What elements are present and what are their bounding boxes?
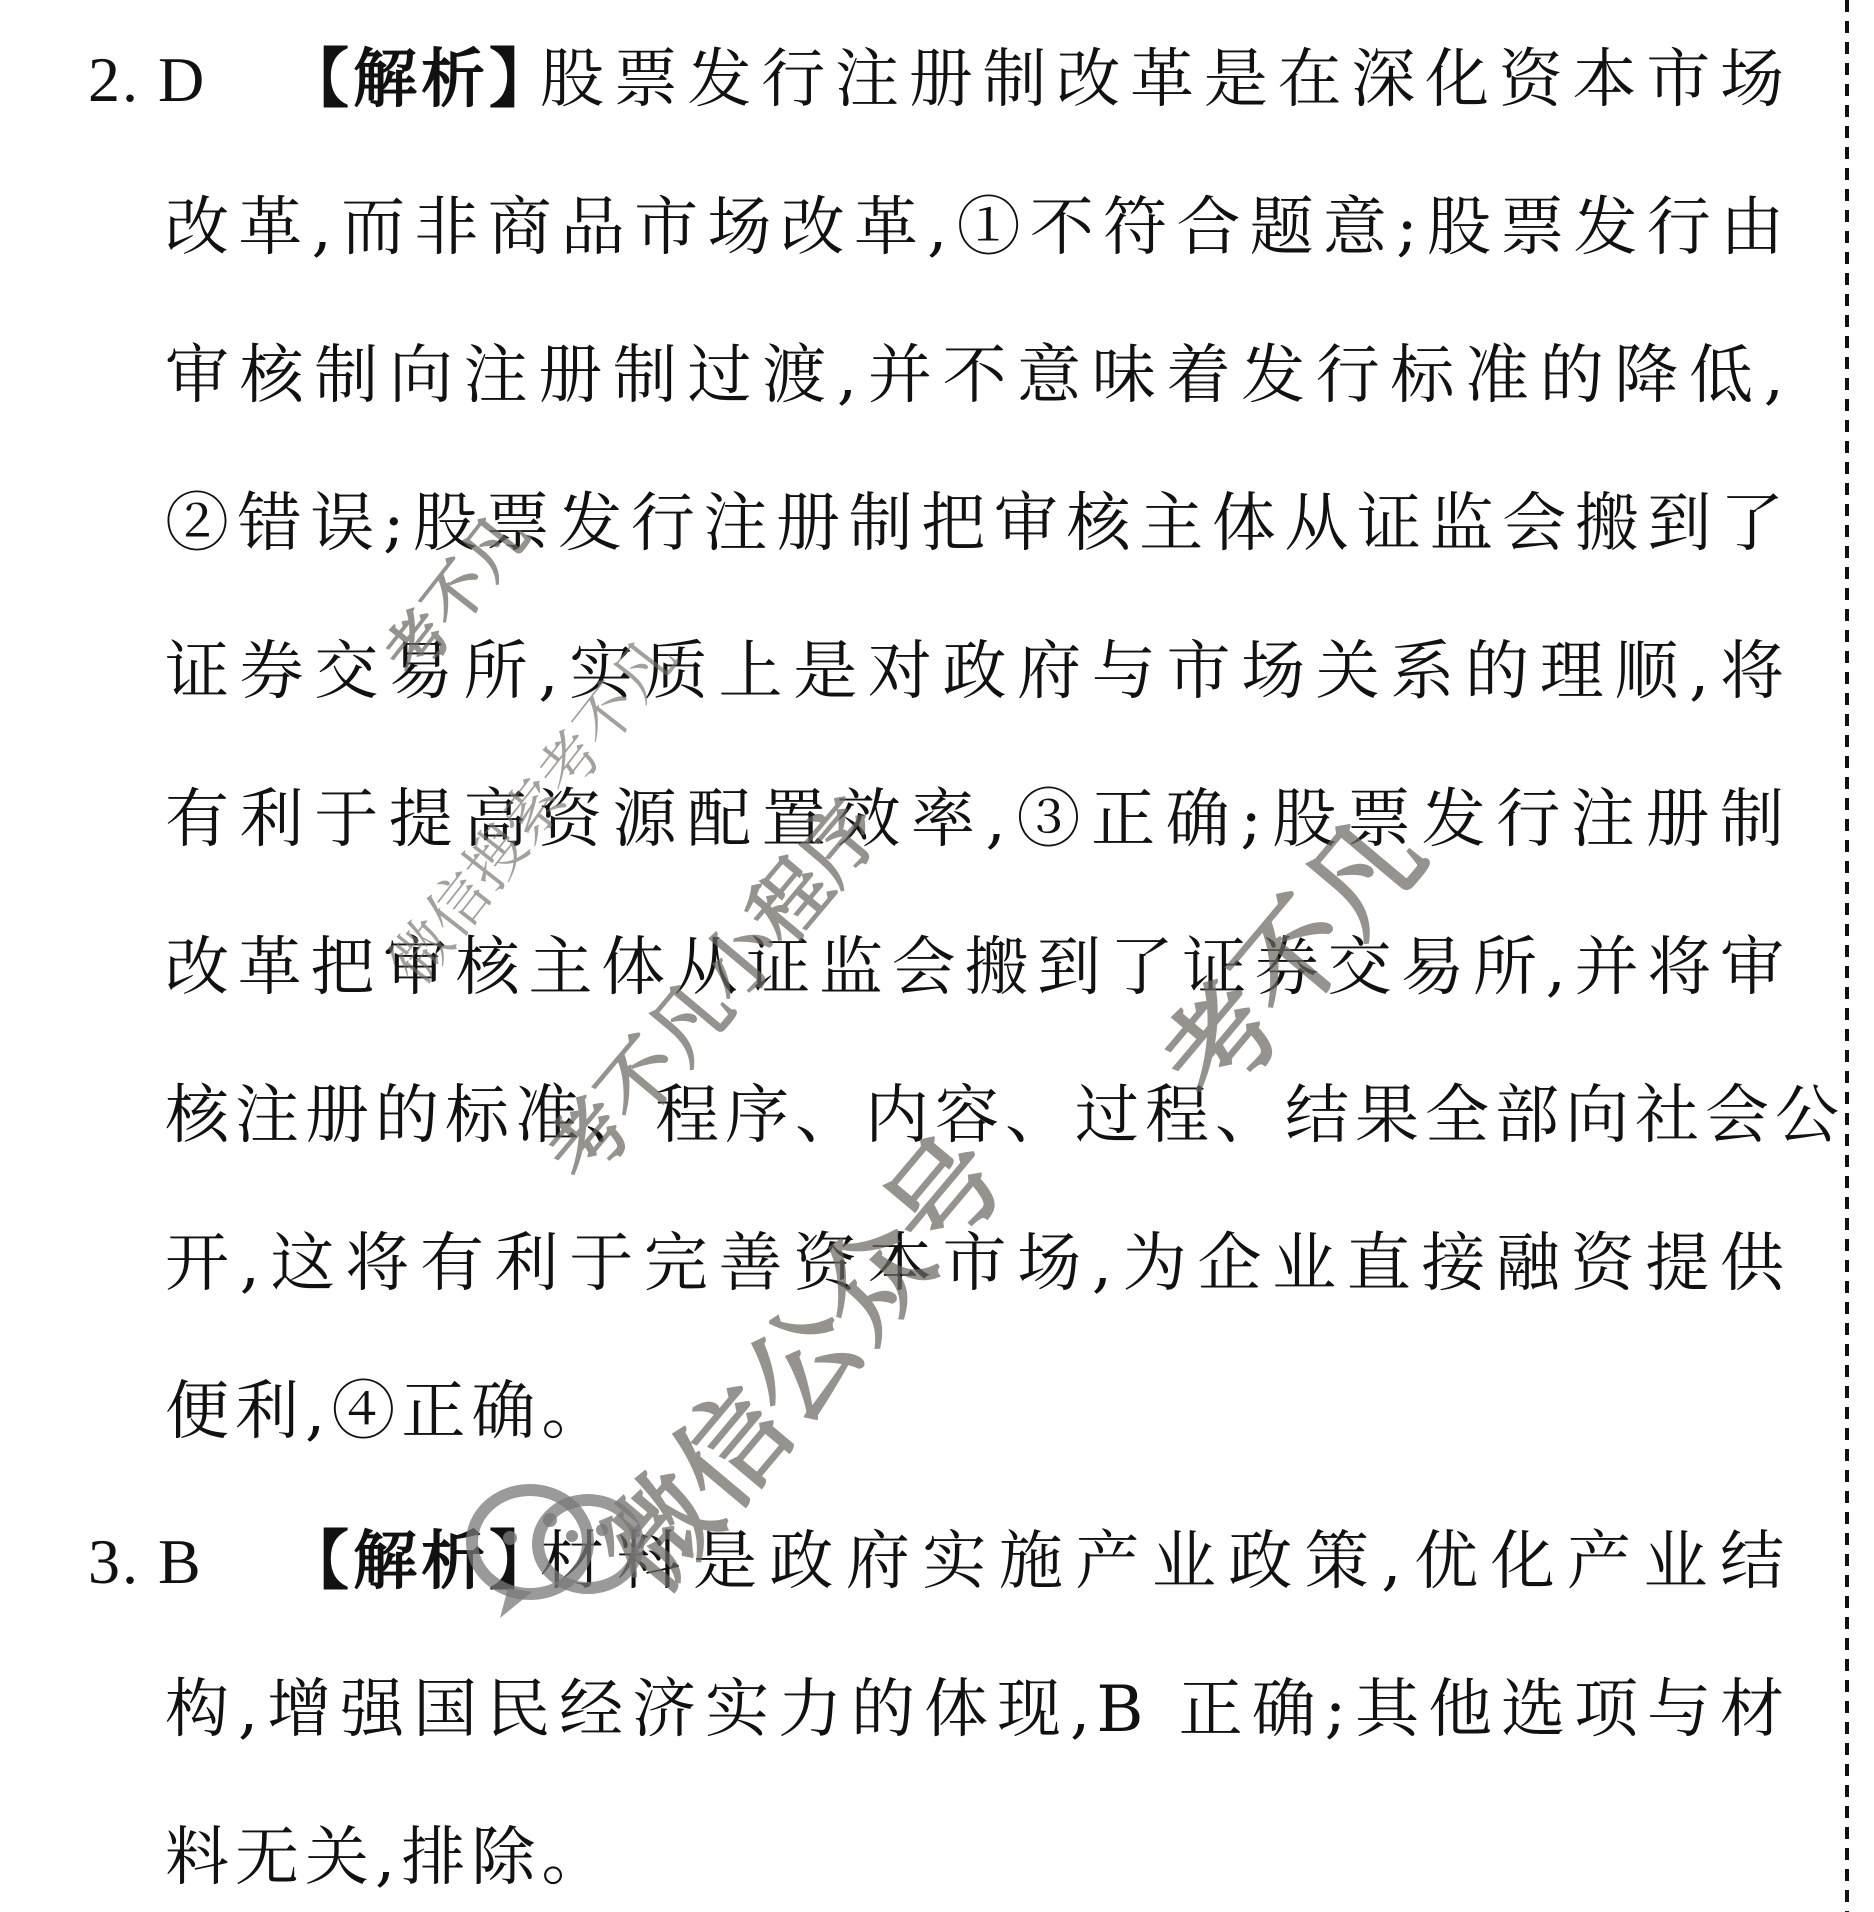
dashed-cut-line <box>1845 0 1849 1912</box>
answer-text-line: 核注册的标准、程序、内容、过程、结果全部向社会公 <box>165 1066 1790 1166</box>
analysis-label: 【解析】 <box>285 30 557 130</box>
answer-text-line: 改革,而非商品市场改革,①不符合题意;股票发行由 <box>165 178 1790 278</box>
answer-text-line: 改革把审核主体从证监会搬到了证券交易所,并将审 <box>165 918 1790 1018</box>
answer-number: 2. D <box>88 30 206 130</box>
answer-text-line: 审核制向注册制过渡,并不意味着发行标准的降低, <box>165 326 1790 426</box>
answer-text-line: 有利于提高资源配置效率,③正确;股票发行注册制 <box>165 770 1790 870</box>
answer-text-line: 证券交易所,实质上是对政府与市场关系的理顺,将 <box>165 622 1790 722</box>
answer-text-line: 股票发行注册制改革是在深化资本市场 <box>540 30 1790 130</box>
answer-text-line: 料无关,排除。 <box>165 1808 1790 1908</box>
answer-text-line: 构,增强国民经济实力的体现,B 正确;其他选项与材 <box>165 1660 1790 1760</box>
answer-text-line: 材料是政府实施产业政策,优化产业结 <box>540 1512 1790 1612</box>
answer-text-line: 开,这将有利于完善资本市场,为企业直接融资提供 <box>165 1214 1790 1314</box>
answer-number: 3. B <box>88 1512 203 1612</box>
analysis-label: 【解析】 <box>285 1512 557 1612</box>
answer-sheet-page: 2. D 【解析】 股票发行注册制改革是在深化资本市场 改革,而非商品市场改革,… <box>0 0 1874 1912</box>
answer-text-line: 便利,④正确。 <box>165 1362 1790 1462</box>
answer-text-line: ②错误;股票发行注册制把审核主体从证监会搬到了 <box>165 474 1790 574</box>
